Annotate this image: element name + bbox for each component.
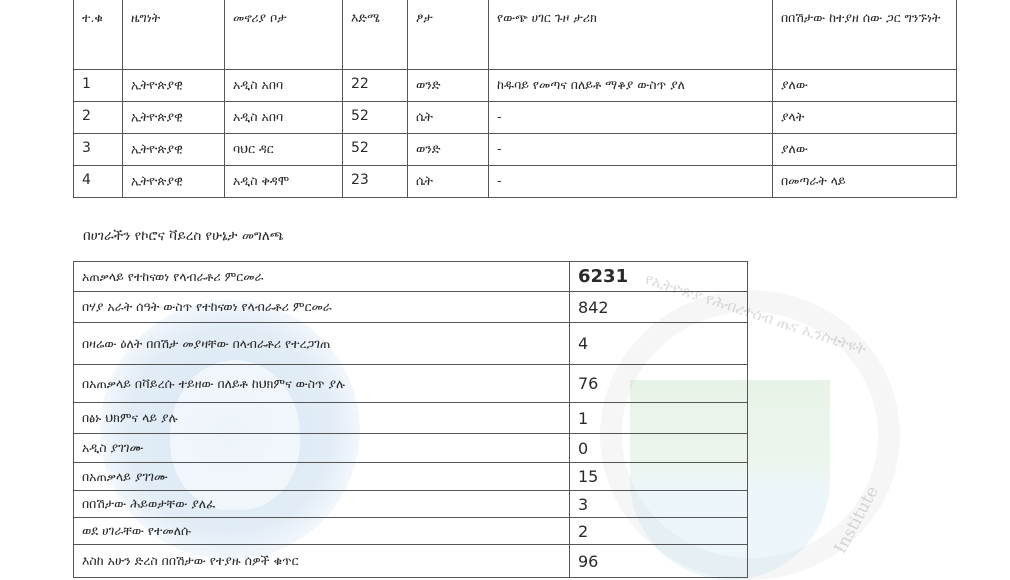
header-cell-travel-history: የውጭ ሀገር ጉዞ ታሪክ (489, 0, 773, 70)
cell-nationality: ኢትዮጵያዊ (123, 70, 225, 102)
cell-number: 2 (74, 102, 123, 134)
cell-residence: አዲስ አበባ (225, 70, 343, 102)
summary-label: በበሽታው ሕይወታቸው ያለፈ (74, 491, 570, 518)
table-header-row: ተ.ቁ ዜግነት መኖሪያ ቦታ እድሜ ፆታ የውጭ ሀገር ጉዞ ታሪክ በ… (74, 0, 957, 70)
cell-sex: ወንድ (408, 70, 489, 102)
summary-label: በዛሬው ዕለት በበሽታ መያዛቸው በላብራቶሪ የተረጋገጠ (74, 323, 570, 365)
summary-value: 0 (570, 434, 748, 463)
cell-sex: ሴት (408, 102, 489, 134)
header-cell-residence: መኖሪያ ቦታ (225, 0, 343, 70)
summary-row: እስከ አሁን ድረስ በበሽታው የተያዙ ሰዎች ቁጥር 96 (74, 545, 748, 578)
summary-row: በአጠቃላይ በቫይረሱ ተይዘው በለይቶ ከህክምና ውስጥ ያሉ 76 (74, 365, 748, 403)
cell-number: 1 (74, 70, 123, 102)
summary-label: አዲስ ያገገሙ (74, 434, 570, 463)
cell-contact-history: በመጣራት ላይ (773, 166, 957, 198)
cell-age: 23 (343, 166, 408, 198)
cell-nationality: ኢትዮጵያዊ (123, 166, 225, 198)
summary-title: በሀገራችን የኮሮና ቫይረስ የሁኔታ መግለጫ (83, 228, 284, 244)
summary-row: በዛሬው ዕለት በበሽታ መያዛቸው በላብራቶሪ የተረጋገጠ 4 (74, 323, 748, 365)
summary-label: እስከ አሁን ድረስ በበሽታው የተያዙ ሰዎች ቁጥር (74, 545, 570, 578)
summary-row: ወደ ሀገራቸው የተመለሱ 2 (74, 518, 748, 545)
summary-row: በበሽታው ሕይወታቸው ያለፈ 3 (74, 491, 748, 518)
cell-age: 52 (343, 134, 408, 166)
header-cell-nationality: ዜግነት (123, 0, 225, 70)
summary-label: አጠቃላይ የተከናወነ የላብራቶሪ ምርመራ (74, 262, 570, 292)
cell-sex: ሴት (408, 166, 489, 198)
summary-value: 76 (570, 365, 748, 403)
cell-residence: አዲስ ቅዳሞ (225, 166, 343, 198)
new-cases-table: ተ.ቁ ዜግነት መኖሪያ ቦታ እድሜ ፆታ የውጭ ሀገር ጉዞ ታሪክ በ… (73, 0, 957, 198)
summary-value: 3 (570, 491, 748, 518)
summary-row: በፅኑ ህክምና ላይ ያሉ 1 (74, 403, 748, 434)
summary-value: 1 (570, 403, 748, 434)
cell-number: 4 (74, 166, 123, 198)
table-row: 1 ኢትዮጵያዊ አዲስ አበባ 22 ወንድ ከዱባይ የመጣና በለይቶ ማ… (74, 70, 957, 102)
summary-value: 2 (570, 518, 748, 545)
cell-age: 52 (343, 102, 408, 134)
cell-travel-history: - (489, 102, 773, 134)
cell-contact-history: ያላት (773, 102, 957, 134)
header-cell-contact-history: በበሽታው ከተያዘ ሰው ጋር ግንኙነት (773, 0, 957, 70)
summary-row: በሃያ አራት ሰዓት ውስጥ የተከናወነ የላብራቶሪ ምርመራ 842 (74, 292, 748, 323)
cell-sex: ወንድ (408, 134, 489, 166)
cell-residence: አዲስ አበባ (225, 102, 343, 134)
cell-contact-history: ያለው (773, 134, 957, 166)
cell-age: 22 (343, 70, 408, 102)
summary-value: 842 (570, 292, 748, 323)
summary-value: 15 (570, 463, 748, 491)
summary-row: አጠቃላይ የተከናወነ የላብራቶሪ ምርመራ 6231 (74, 262, 748, 292)
summary-value: 6231 (570, 262, 748, 292)
cell-travel-history: - (489, 134, 773, 166)
header-cell-age: እድሜ (343, 0, 408, 70)
cell-contact-history: ያለው (773, 70, 957, 102)
summary-row: በአጠቃላይ ያገገሙ 15 (74, 463, 748, 491)
summary-label: በአጠቃላይ በቫይረሱ ተይዘው በለይቶ ከህክምና ውስጥ ያሉ (74, 365, 570, 403)
summary-label: ወደ ሀገራቸው የተመለሱ (74, 518, 570, 545)
summary-value: 96 (570, 545, 748, 578)
watermark-seal-text-en: Institute (831, 483, 883, 557)
summary-label: በፅኑ ህክምና ላይ ያሉ (74, 403, 570, 434)
cell-travel-history: ከዱባይ የመጣና በለይቶ ማቆያ ውስጥ ያለ (489, 70, 773, 102)
summary-label: በአጠቃላይ ያገገሙ (74, 463, 570, 491)
header-cell-number: ተ.ቁ (74, 0, 123, 70)
cell-nationality: ኢትዮጵያዊ (123, 102, 225, 134)
table-row: 2 ኢትዮጵያዊ አዲስ አበባ 52 ሴት - ያላት (74, 102, 957, 134)
table-row: 4 ኢትዮጵያዊ አዲስ ቅዳሞ 23 ሴት - በመጣራት ላይ (74, 166, 957, 198)
header-cell-sex: ፆታ (408, 0, 489, 70)
summary-row: አዲስ ያገገሙ 0 (74, 434, 748, 463)
cell-nationality: ኢትዮጵያዊ (123, 134, 225, 166)
cell-number: 3 (74, 134, 123, 166)
table-row: 3 ኢትዮጵያዊ ባህር ዳር 52 ወንድ - ያለው (74, 134, 957, 166)
cell-travel-history: - (489, 166, 773, 198)
status-summary-table: አጠቃላይ የተከናወነ የላብራቶሪ ምርመራ 6231 በሃያ አራት ሰዓ… (73, 261, 748, 578)
summary-label: በሃያ አራት ሰዓት ውስጥ የተከናወነ የላብራቶሪ ምርመራ (74, 292, 570, 323)
summary-value: 4 (570, 323, 748, 365)
cell-residence: ባህር ዳር (225, 134, 343, 166)
